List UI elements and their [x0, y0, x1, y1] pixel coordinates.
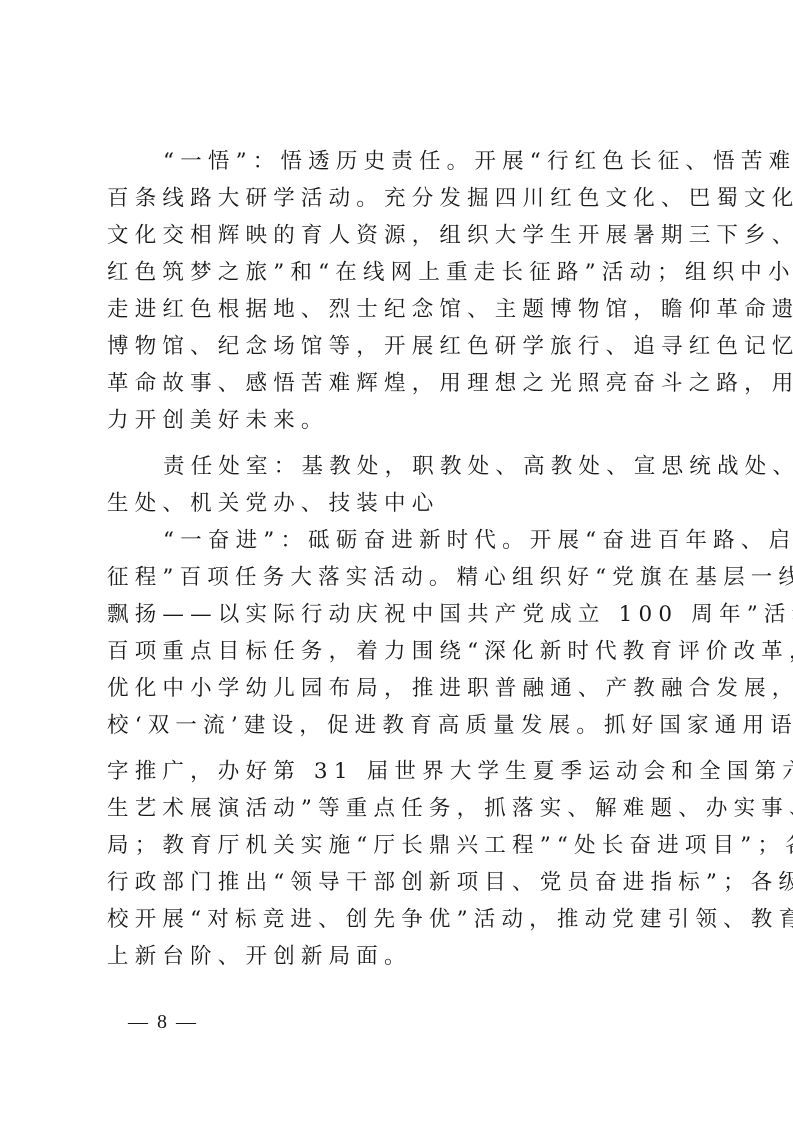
text-line: 优化中小学幼儿园布局，推进职普融通、产教融合发展，加快高 — [107, 674, 697, 704]
text-line: 力开创美好未来。 — [107, 406, 697, 436]
text-line: 字推广，办好第 31 届世界大学生夏季运动会和全国第六届大学 — [107, 757, 697, 787]
text-line: “一奋进”：砥砺奋进新时代。开展“奋进百年路、启航新 — [163, 526, 697, 556]
text-line: 红色筑梦之旅”和“在线网上重走长征路”活动；组织中小学生 — [107, 258, 697, 288]
page-number: — 8 — — [128, 1010, 198, 1034]
text-line: 百项重点目标任务，着力围绕“深化新时代教育评价改革，调整 — [107, 637, 697, 667]
text-line: 责任处室：基教处，职教处、高教处、宣思统战处、高校学 — [163, 452, 697, 482]
text-line: 博物馆、纪念场馆等，开展红色研学旅行、追寻红色记忆，倾听 — [107, 332, 697, 362]
text-line: 文化交相辉映的育人资源，组织大学生开展暑期三下乡、“青年 — [107, 221, 697, 251]
text-line: 飘扬——以实际行动庆祝中国共产党成立 100 周年”活动；遴选 — [107, 600, 697, 630]
text-line: 生艺术展演活动”等重点任务，抓落实、解难题、办实事、开新 — [107, 794, 697, 824]
text-line: 行政部门推出“领导干部创新项目、党员奋进指标”；各级各类学 — [107, 868, 697, 898]
text-line: 生处、机关党办、技装中心 — [107, 489, 697, 519]
text-line: 局；教育厅机关实施“厅长鼎兴工程”“处长奋进项目”；各地教育 — [107, 831, 697, 861]
text-line: 校开展“对标竞进、创先争优”活动，推动党建引领、教育鼎兴再 — [107, 905, 697, 935]
text-line: 革命故事、感悟苦难辉煌，用理想之光照亮奋斗之路，用信仰之 — [107, 369, 697, 399]
text-line: “一悟”：悟透历史责任。开展“行红色长征、悟苦难辉煌” — [163, 147, 697, 177]
text-line: 百条线路大研学活动。充分发掘四川红色文化、巴蜀文化、生态 — [107, 184, 697, 214]
text-line: 上新台阶、开创新局面。 — [107, 942, 697, 972]
text-line: 征程”百项任务大落实活动。精心组织好“党旗在基层一线高高 — [107, 563, 697, 593]
document-page: “一悟”：悟透历史责任。开展“行红色长征、悟苦难辉煌” 百条线路大研学活动。充分… — [0, 0, 793, 1122]
text-line: 走进红色根据地、烈士纪念馆、主题博物馆，瞻仰革命遗址遗迹、 — [107, 295, 697, 325]
text-line: 校‘双一流’建设，促进教育高质量发展。抓好国家通用语言文 — [107, 711, 697, 741]
